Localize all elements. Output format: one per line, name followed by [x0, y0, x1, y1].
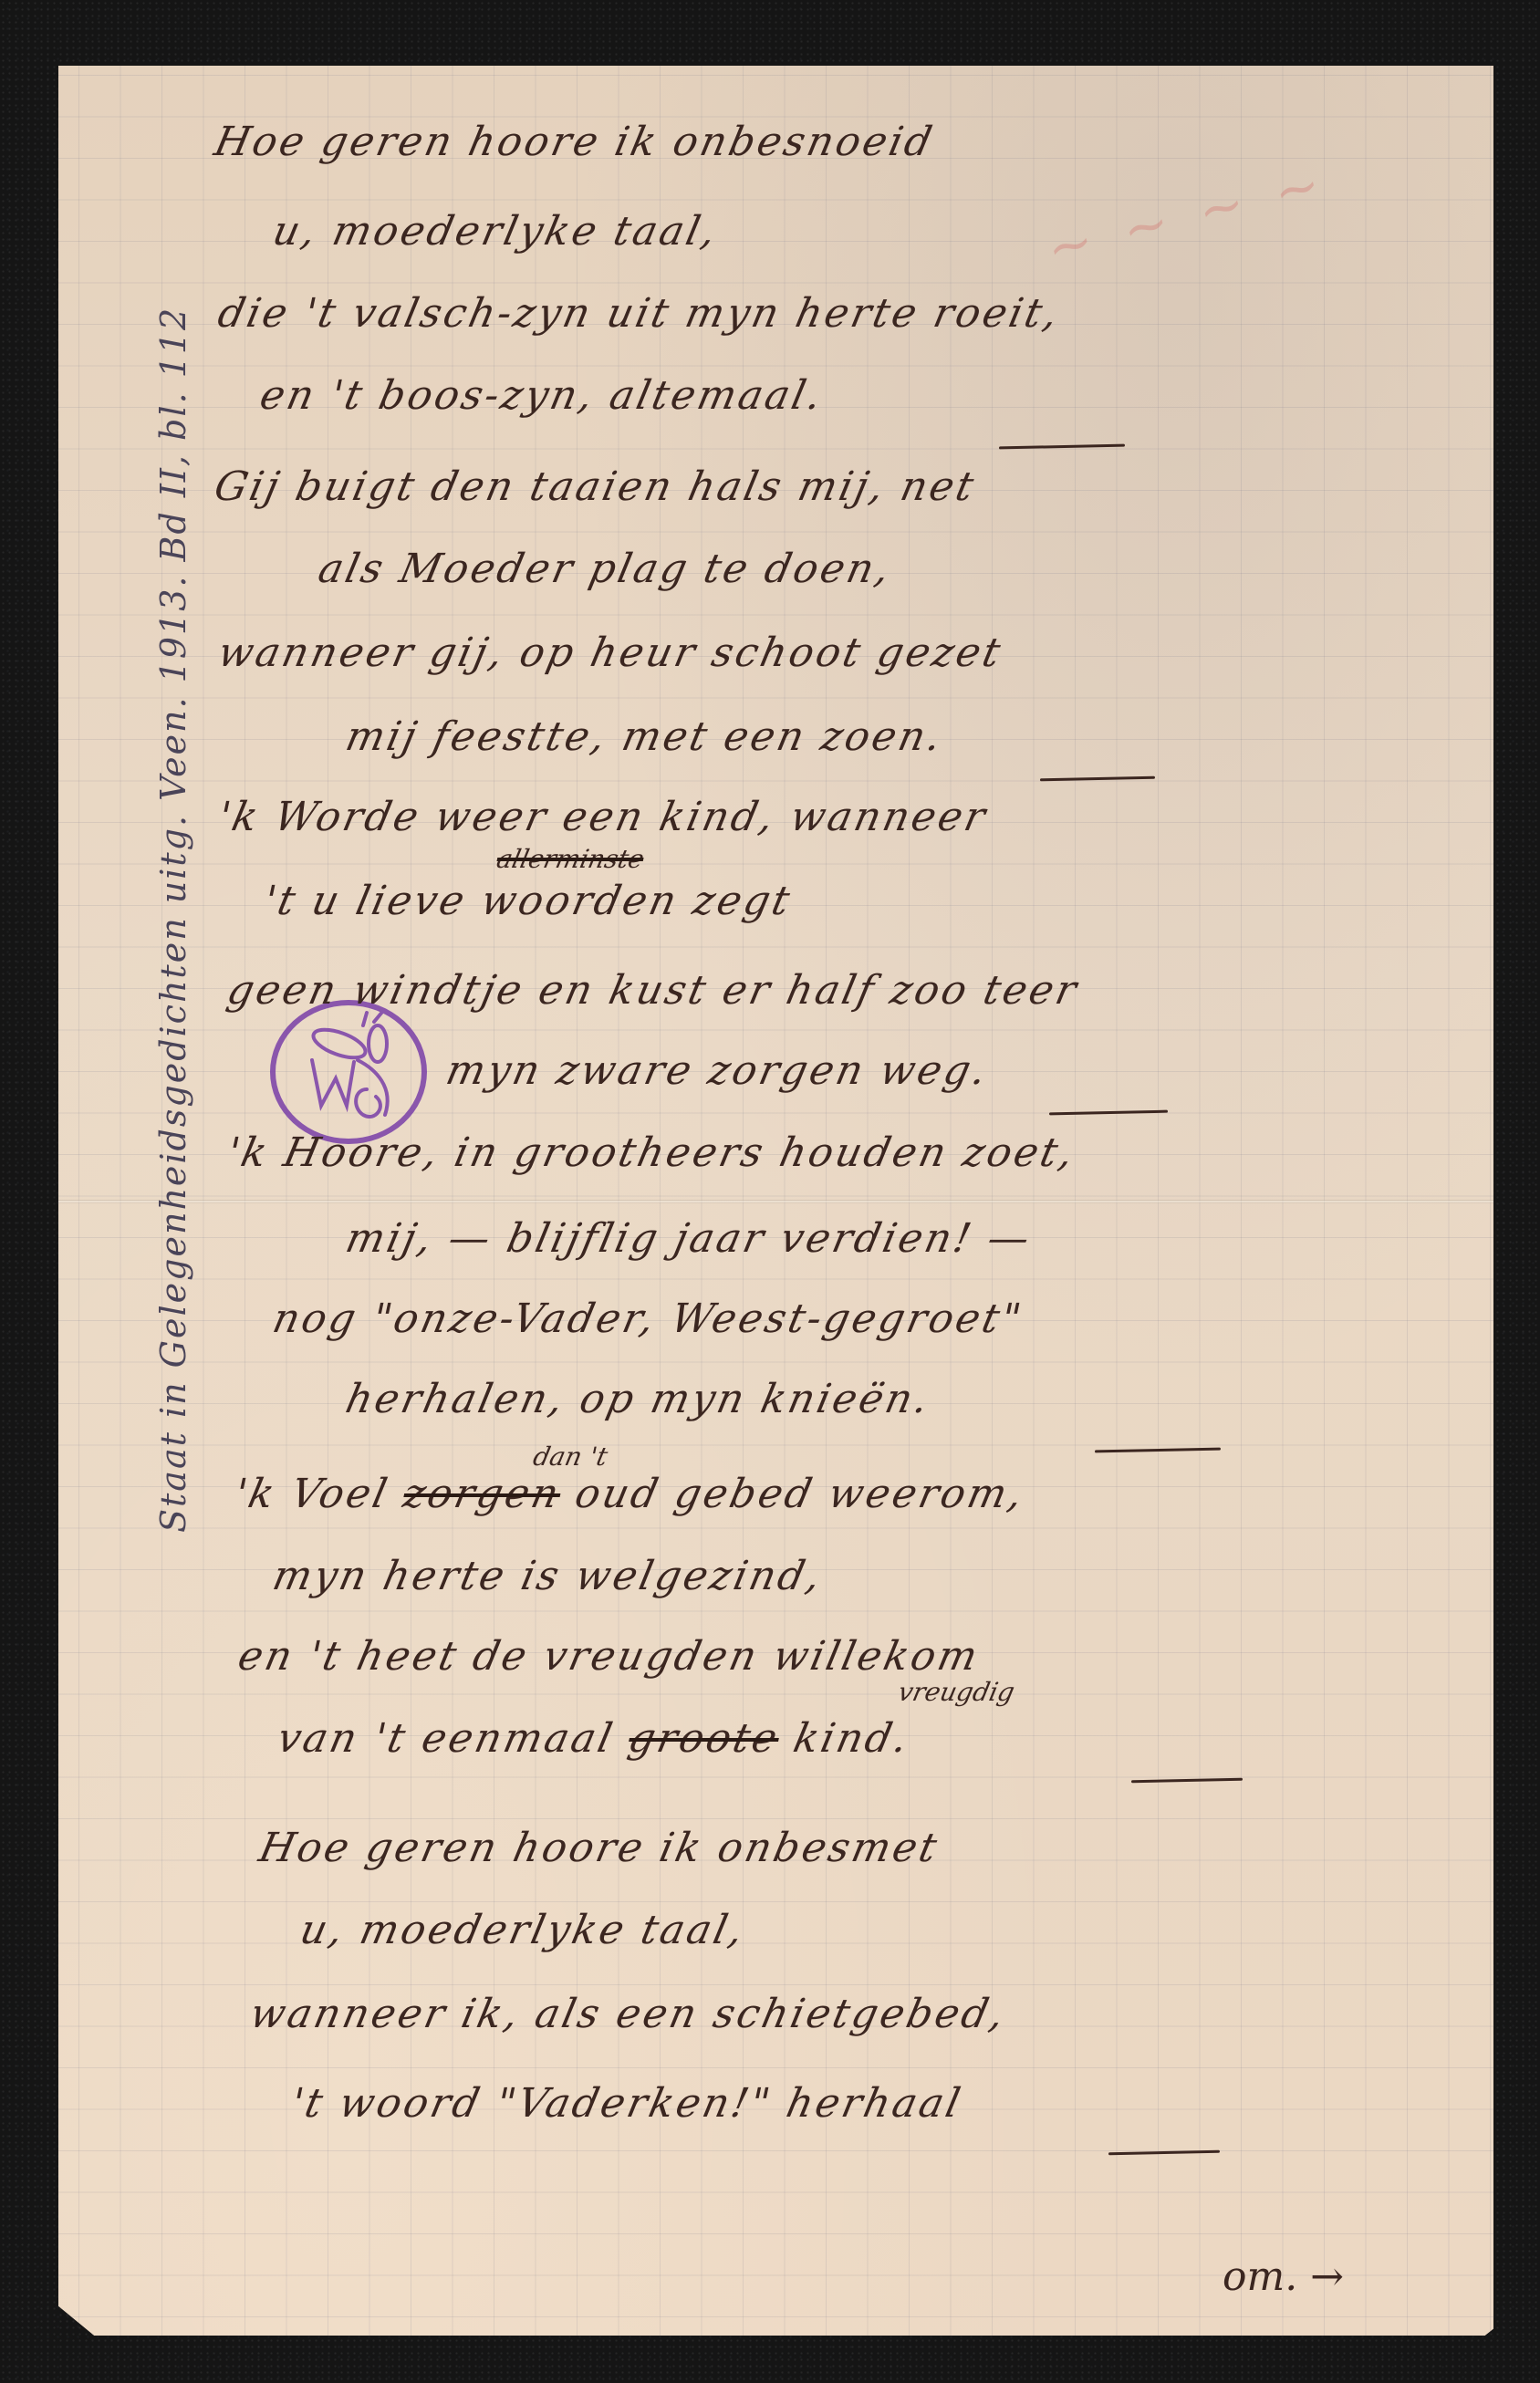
stanza-4-line-3: nog "onze-Vader, Weest-gegroet"	[269, 1296, 1028, 1342]
stanza-2-line-2: als Moeder plag te doen,	[315, 546, 897, 592]
stanza-1-line-2: u, moederlyke taal,	[269, 208, 723, 255]
stanza-5-line-3: en 't heet de vreugden willekom	[234, 1633, 984, 1680]
stanza-6-line-1: Hoe geren hoore ik onbesmet	[255, 1825, 943, 1871]
stanza-4-line-2: mij, — blijflig jaar verdien! —	[342, 1215, 1036, 1262]
ownership-stamp	[270, 1000, 427, 1144]
stanza-1-line-4: en 't boos-zyn, altemaal.	[256, 372, 828, 419]
stanza-2-line-1: Gij buigt den taaien hals mij, net	[211, 463, 981, 510]
red-ink-bleed-through: ~ ~ ~ ~	[1040, 151, 1334, 282]
fold-crease	[58, 1200, 1493, 1203]
inserted-word: dan 't	[530, 1441, 610, 1472]
struck-insertion: allerminste	[494, 844, 646, 874]
line-start: van 't eenmaal	[274, 1715, 635, 1762]
turn-over-note: om. →	[1223, 2253, 1344, 2300]
stanza-5-line-1: 'k Voel zorgen oud gebed weerom,	[231, 1471, 1030, 1517]
stanza-3-line-2: 't u lieve woorden zegt	[260, 878, 796, 924]
stanza-5-line-4: van 't eenmaal groote kind.	[274, 1715, 915, 1762]
struck-word: groote	[624, 1715, 784, 1762]
bee-icon	[276, 1005, 421, 1139]
stanza-4-line-1: 'k Hoore, in grootheers houden zoet,	[224, 1129, 1080, 1176]
stanza-6-line-4: 't woord "Vaderken!" herhaal	[287, 2080, 967, 2127]
inserted-word: vreugdig	[895, 1677, 1017, 1707]
stanza-4-line-4: herhalen, op myn knieën.	[342, 1376, 935, 1422]
stanza-2-line-3: wanneer gij, op heur schoot gezet	[214, 630, 1007, 676]
line-start: 'k Voel	[231, 1471, 410, 1517]
stanza-3-line-4: myn zware zorgen weg.	[442, 1047, 994, 1094]
stanza-6-line-2: u, moederlyke taal,	[297, 1907, 750, 1953]
struck-word: zorgen	[400, 1471, 566, 1517]
line-end: oud gebed weerom,	[556, 1471, 1029, 1517]
stanza-5-line-2: myn herte is welgezind,	[269, 1553, 827, 1599]
line-end: kind.	[774, 1715, 914, 1762]
stanza-6-line-3: wanneer ik, als een schietgebed,	[246, 1991, 1011, 2037]
stanza-1-line-1: Hoe geren hoore ik onbesnoeid	[211, 119, 939, 165]
stanza-2-line-4: mij feestte, met een zoen.	[342, 713, 948, 760]
stanza-3-line-1: 'k Worde weer een kind, wanneer	[214, 794, 993, 840]
stanza-1-line-3: die 't valsch-zyn uit myn herte roeit,	[214, 290, 1065, 337]
stanza-3-line-3: geen windtje en kust er half zoo teer	[224, 967, 1084, 1014]
margin-note: Staat in Gelegenheidsgedichten uitg. Vee…	[153, 307, 193, 1533]
